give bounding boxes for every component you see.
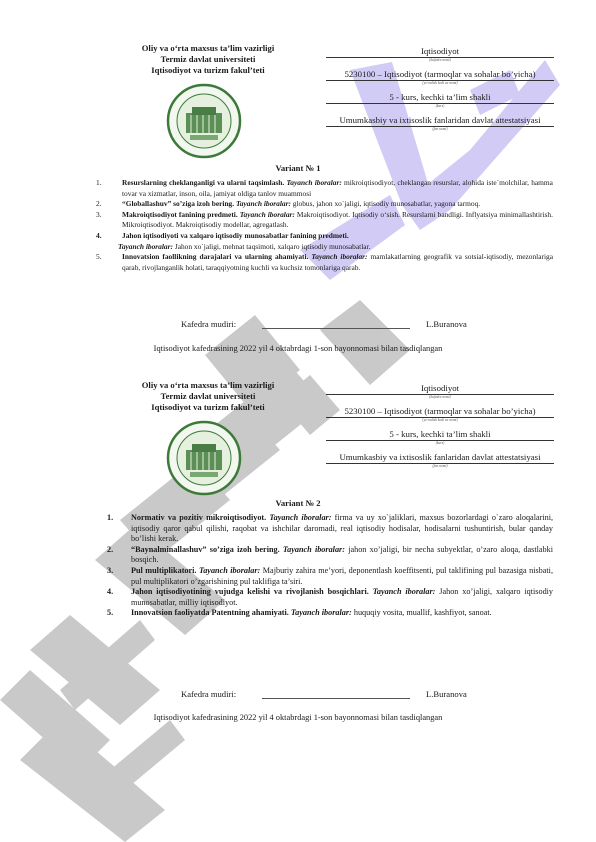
signature-line bbox=[262, 328, 410, 329]
keywords-label: Tayanch iboralar: bbox=[291, 608, 352, 617]
ministry-name: Oliy va o‘rta maxsus ta’lim vazirligi bbox=[108, 380, 308, 391]
question-item: 5. Innovatsion faoliyatda Patentning aha… bbox=[131, 608, 553, 619]
university-name: Termiz davlat universiteti bbox=[108, 54, 308, 65]
course-field: 5 - kurs, kechki ta’lim shakli bbox=[326, 429, 554, 441]
ministry-name: Oliy va o‘rta maxsus ta’lim vazirligi bbox=[108, 43, 308, 54]
signature-label: Kafedra mudiri: bbox=[181, 689, 236, 699]
faculty-name: Iqtisodiyot va turizm fakul’teti bbox=[108, 65, 308, 76]
institution-header: Oliy va o‘rta maxsus ta’lim vazirligi Te… bbox=[108, 380, 308, 413]
question-title: Pul multiplikatori. bbox=[131, 566, 196, 575]
specialty-caption: (yo‘nalish kodi va nomi) bbox=[326, 81, 554, 86]
question-item: 4. Jahon iqtisodiyoti va xalqaro iqtisod… bbox=[122, 231, 553, 252]
subject-field: Umumkasbiy va ixtisoslik fanlaridan davl… bbox=[326, 452, 554, 464]
question-number: 1. bbox=[107, 513, 113, 524]
department-caption: (kafedra nomi) bbox=[326, 395, 554, 400]
question-item: 3. Pul multiplikatori. Tayanch iboralar:… bbox=[131, 566, 553, 587]
specialty-field: 5230100 – Iqtisodiyot (tarmoqlar va soha… bbox=[326, 69, 554, 81]
signature-line bbox=[262, 698, 410, 699]
question-number: 1. bbox=[96, 178, 102, 189]
keywords-label: Tayanch iboralar: bbox=[236, 199, 291, 208]
question-number: 4. bbox=[107, 587, 113, 598]
course-caption: (kurs) bbox=[326, 441, 554, 446]
keywords-label: Tayanch iboralar: bbox=[199, 566, 260, 575]
keywords-label: Tayanch iboralar: bbox=[286, 178, 341, 187]
question-list: 1. Normativ va pozitiv mikroiqtisodiyot.… bbox=[131, 513, 553, 619]
question-item: 3. Makroiqtisodiyot fanining predmeti. T… bbox=[122, 210, 553, 231]
question-title: Jahon iqtisodiyotining vujudga kelishi v… bbox=[131, 587, 369, 596]
question-title: Innovatsion faoliyatda Patentning ahamiy… bbox=[131, 608, 289, 617]
question-title: Jahon iqtisodiyoti va xalqaro iqtisodiy … bbox=[122, 231, 349, 240]
keywords-label: Tayanch iboralar: bbox=[283, 545, 345, 554]
question-title: Normativ va pozitiv mikroiqtisodiyot. bbox=[131, 513, 266, 522]
variant-title: Variant № 1 bbox=[0, 163, 596, 173]
document-fields: Iqtisodiyot (kafedra nomi) 5230100 – Iqt… bbox=[326, 383, 554, 475]
signature-label: Kafedra mudiri: bbox=[181, 319, 236, 329]
question-number: 5. bbox=[107, 608, 113, 619]
question-title: “Globallashuv” so’ziga izoh bering. bbox=[122, 199, 234, 208]
specialty-field: 5230100 – Iqtisodiyot (tarmoqlar va soha… bbox=[326, 406, 554, 418]
faculty-name: Iqtisodiyot va turizm fakul’teti bbox=[108, 402, 308, 413]
keywords-text: Jahon xo`jaligi, mehnat taqsimoti, xalqa… bbox=[175, 242, 371, 251]
university-seal-icon bbox=[166, 420, 242, 496]
keywords-label: Tayanch iboralar: bbox=[118, 242, 173, 251]
university-name: Termiz davlat universiteti bbox=[108, 391, 308, 402]
question-number: 3. bbox=[107, 566, 113, 577]
department-caption: (kafedra nomi) bbox=[326, 58, 554, 63]
question-number: 2. bbox=[96, 199, 102, 210]
question-number: 3. bbox=[96, 210, 102, 221]
signatory-name: L.Buranova bbox=[426, 689, 467, 699]
signatory-name: L.Buranova bbox=[426, 319, 467, 329]
approval-note: Iqtisodiyot kafedrasining 2022 yil 4 okt… bbox=[0, 713, 596, 722]
question-item: 5. Innovatsion faollikning darajalari va… bbox=[122, 252, 553, 273]
subject-caption: (fan nomi) bbox=[326, 127, 554, 132]
keywords-text: huquqiy vosita, muallif, kashfiyot, sano… bbox=[354, 608, 492, 617]
institution-header: Oliy va o‘rta maxsus ta’lim vazirligi Te… bbox=[108, 43, 308, 76]
question-item: 4. Jahon iqtisodiyotining vujudga kelish… bbox=[131, 587, 553, 608]
question-number: 4. bbox=[96, 231, 102, 242]
specialty-caption: (yo‘nalish kodi va nomi) bbox=[326, 418, 554, 423]
course-caption: (kurs) bbox=[326, 104, 554, 109]
question-number: 2. bbox=[107, 545, 113, 556]
question-title: Resurslarning cheklanganligi va ularni t… bbox=[122, 178, 284, 187]
question-item: 1. Normativ va pozitiv mikroiqtisodiyot.… bbox=[131, 513, 553, 545]
subject-caption: (fan nomi) bbox=[326, 464, 554, 469]
department-field: Iqtisodiyot bbox=[326, 46, 554, 58]
approval-note: Iqtisodiyot kafedrasining 2022 yil 4 okt… bbox=[0, 344, 596, 353]
keywords-label: Tayanch iboralar: bbox=[240, 210, 295, 219]
question-item: 2. “Baynalminallashuv” so’ziga izoh beri… bbox=[131, 545, 553, 566]
question-title: Innovatsion faollikning darajalari va ul… bbox=[122, 252, 308, 261]
keywords-text: globus, jahon xo`jaligi, iqtisodiy munos… bbox=[293, 199, 480, 208]
question-number: 5. bbox=[96, 252, 102, 263]
subject-field: Umumkasbiy va ixtisoslik fanlaridan davl… bbox=[326, 115, 554, 127]
department-field: Iqtisodiyot bbox=[326, 383, 554, 395]
keywords-label: Tayanch iboralar: bbox=[373, 587, 436, 596]
question-item: 2. “Globallashuv” so’ziga izoh bering. T… bbox=[122, 199, 553, 210]
question-item: 1. Resurslarning cheklanganligi va ularn… bbox=[122, 178, 553, 199]
question-title: “Baynalminallashuv” so’ziga izoh bering. bbox=[131, 545, 280, 554]
question-title: Makroiqtisodiyot fanining predmeti. bbox=[122, 210, 238, 219]
course-field: 5 - kurs, kechki ta’lim shakli bbox=[326, 92, 554, 104]
document-fields: Iqtisodiyot (kafedra nomi) 5230100 – Iqt… bbox=[326, 46, 554, 138]
university-seal-icon bbox=[166, 83, 242, 159]
keywords-label: Tayanch iboralar: bbox=[269, 513, 331, 522]
question-list: 1. Resurslarning cheklanganligi va ularn… bbox=[122, 178, 553, 273]
variant-title: Variant № 2 bbox=[0, 498, 596, 508]
keywords-label: Tayanch iboralar: bbox=[311, 252, 367, 261]
